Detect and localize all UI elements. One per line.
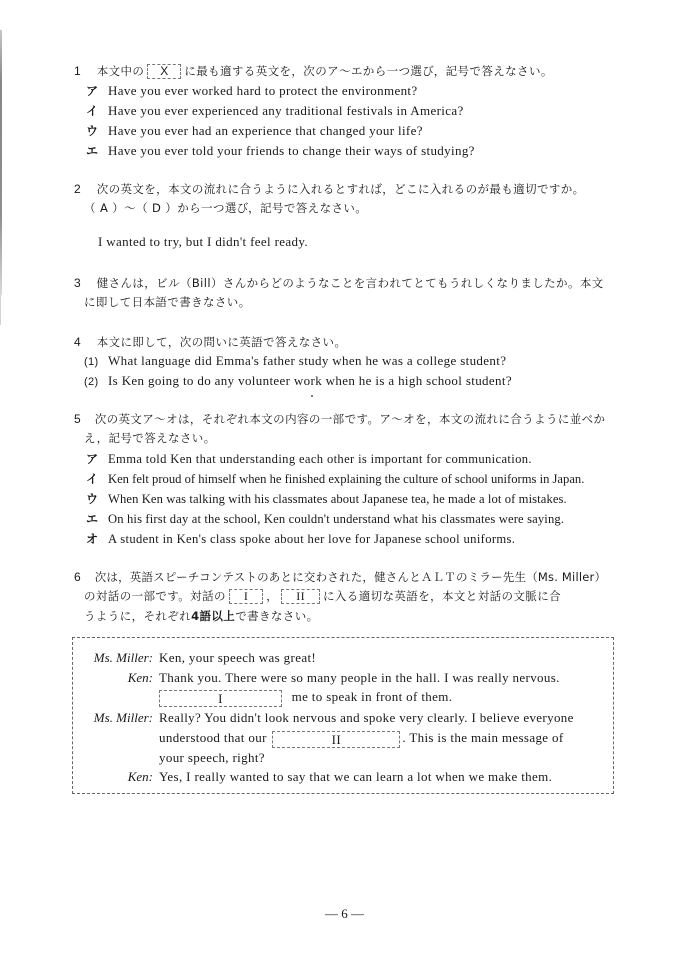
sub-question-2: (2)Is Ken going to do any volunteer work…	[84, 373, 512, 389]
question-6-prompt-line2: の対話の一部です。対話のI，IIに入る適切な英語を，本文と対話の文脈に合	[84, 588, 561, 604]
word-count-emphasis: 4語以上	[191, 609, 235, 623]
option-a: アEmma told Ken that understanding each o…	[86, 450, 532, 467]
sub-question-text: Is Ken going to do any volunteer work wh…	[108, 373, 512, 388]
option-e: エOn his first day at the school, Ken cou…	[86, 510, 564, 527]
option-label: ア	[86, 450, 108, 467]
dialog-line-blank-ii: understood that our II. This is the main…	[159, 730, 564, 748]
prompt-text: 本文中の	[97, 64, 145, 78]
question-6-prompt: 6 次は，英語スピーチコンテストのあとに交わされた，健さんとＡＬＴのミラー先生（…	[74, 568, 606, 586]
option-label: エ	[86, 142, 108, 159]
dialog-text: understood that our	[159, 730, 267, 745]
blank-i-box: I	[159, 690, 282, 707]
option-text: A student in Ken's class spoke about her…	[108, 532, 515, 546]
dialog-line: Thank you. There were so many people in …	[159, 670, 560, 686]
question-1-prompt: 1 本文中のXに最も適する英文を，次のア～エから一つ選び，記号で答えなさい。	[74, 62, 553, 80]
prompt-text: 本文に即して，次の問いに英語で答えなさい。	[97, 335, 347, 349]
option-a: アHave you ever worked hard to protect th…	[86, 82, 418, 99]
option-label: ウ	[86, 122, 108, 139]
sub-question-1: (1)What language did Emma's father study…	[84, 353, 506, 369]
prompt-text: （ A ）～（ D ）から一つ選び，記号で答えなさい。	[84, 200, 367, 216]
option-text: Have you ever worked hard to protect the…	[108, 83, 418, 98]
question-number: 2	[74, 182, 81, 196]
option-text: Emma told Ken that understanding each ot…	[108, 452, 532, 466]
option-text: Have you ever experienced any traditiona…	[108, 103, 464, 118]
option-label: イ	[86, 470, 108, 487]
blank-ii-box: II	[281, 589, 320, 604]
sub-question-text: What language did Emma's father study wh…	[108, 353, 506, 368]
prompt-text: で書きなさい。	[235, 609, 318, 623]
option-o: オA student in Ken's class spoke about he…	[86, 530, 515, 547]
option-text: On his first day at the school, Ken coul…	[108, 512, 564, 526]
option-i: イKen felt proud of himself when he finis…	[86, 470, 584, 487]
prompt-text: に最も適する英文を，次のア～エから一つ選び，記号で答えなさい。	[184, 64, 552, 78]
blank-i-box: I	[229, 589, 263, 604]
scan-edge-artifact	[0, 295, 1, 325]
prompt-text: に即して日本語で書きなさい。	[84, 294, 251, 310]
prompt-text: 健さんは，ビル（Bill）さんからどのようなことを言われてとてもうれしくなりまし…	[97, 276, 604, 290]
option-i: イHave you ever experienced any tradition…	[86, 102, 464, 119]
question-number: 1	[74, 64, 81, 78]
option-u: ウHave you ever had an experience that ch…	[86, 122, 423, 139]
prompt-text: うように，それぞれ	[84, 609, 191, 623]
question-number: 3	[74, 276, 81, 290]
question-number: 4	[74, 335, 81, 349]
prompt-text: の対話の一部です。対話の	[84, 589, 226, 603]
question-5-prompt: 5 次の英文ア～オは，それぞれ本文の内容の一部です。ア～オを，本文の流れに合うよ…	[74, 410, 605, 428]
prompt-text: え，記号で答えなさい。	[84, 430, 216, 446]
question-2-prompt: 2 次の英文を，本文の流れに合うように入れるとすれば，どこに入れるのが最も適切で…	[74, 180, 585, 198]
option-label: ア	[86, 82, 108, 99]
speaker-ms-miller: Ms. Miller:	[75, 710, 153, 726]
option-u: ウWhen Ken was talking with his classmate…	[86, 490, 567, 507]
option-text: Have you ever had an experience that cha…	[108, 123, 423, 138]
speaker-ken: Ken:	[75, 670, 153, 686]
speaker-ken: Ken:	[75, 769, 153, 785]
dialog-line: your speech, right?	[159, 750, 265, 766]
dialog-text: me to speak in front of them.	[292, 689, 453, 704]
prompt-text: 次の英文を，本文の流れに合うように入れるとすれば，どこに入れるのが最も適切ですか…	[97, 182, 585, 196]
dialog-line-blank-i: I me to speak in front of them.	[159, 689, 452, 707]
option-label: イ	[86, 102, 108, 119]
dialog-text: . This is the main message of	[402, 730, 563, 745]
question-6-prompt-line3: うように，それぞれ4語以上で書きなさい。	[84, 608, 319, 624]
insert-sentence: I wanted to try, but I didn't feel ready…	[98, 234, 308, 250]
scan-edge-artifact	[0, 30, 2, 295]
option-label: オ	[86, 530, 108, 547]
question-4-prompt: 4 本文に即して，次の問いに英語で答えなさい。	[74, 333, 346, 351]
page-number: — 6 —	[325, 906, 364, 922]
separator: ，	[266, 589, 278, 603]
sub-question-label: (2)	[84, 376, 108, 388]
option-label: ウ	[86, 490, 108, 507]
option-text: When Ken was talking with his classmates…	[108, 492, 567, 506]
dialog-line: Yes, I really wanted to say that we can …	[159, 769, 552, 785]
option-text: Have you ever told your friends to chang…	[108, 143, 475, 158]
option-e: エHave you ever told your friends to chan…	[86, 142, 475, 159]
dialog-line: Ken, your speech was great!	[159, 650, 316, 666]
prompt-text: 次は，英語スピーチコンテストのあとに交わされた，健さんとＡＬＴのミラー先生（Ms…	[95, 570, 606, 584]
question-3-prompt: 3 健さんは，ビル（Bill）さんからどのようなことを言われてとてもうれしくなり…	[74, 274, 604, 292]
speaker-ms-miller: Ms. Miller:	[75, 650, 153, 666]
question-number: 5	[74, 412, 81, 426]
dialog-box: Ms. Miller: Ken, your speech was great! …	[72, 637, 614, 794]
prompt-text: 次の英文ア～オは，それぞれ本文の内容の一部です。ア～オを，本文の流れに合うように…	[95, 412, 606, 426]
question-number: 6	[74, 570, 81, 584]
option-text: Ken felt proud of himself when he finish…	[108, 472, 584, 486]
scan-speck	[311, 395, 313, 397]
prompt-text: に入る適切な英語を，本文と対話の文脈に合	[323, 589, 561, 603]
dialog-line: Really? You didn't look nervous and spok…	[159, 710, 574, 726]
blank-x-box: X	[147, 64, 181, 79]
option-label: エ	[86, 510, 108, 527]
blank-ii-box: II	[272, 731, 400, 748]
sub-question-label: (1)	[84, 356, 108, 368]
